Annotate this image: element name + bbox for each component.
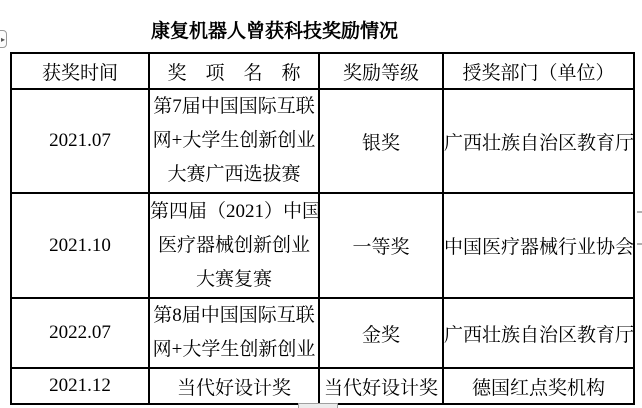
header-award-time: 获奖时间 — [11, 53, 149, 89]
cell-award-department: 广西壮族自治区教育厅 — [443, 89, 634, 193]
cell-award-department: 广西壮族自治区教育厅 — [443, 298, 634, 368]
cell-award-name: 第四届（2021）中国 医疗器械创新创业 大赛复赛 — [149, 193, 319, 298]
table-row: 2021.10 第四届（2021）中国 医疗器械创新创业 大赛复赛 一等奖 中国… — [11, 193, 634, 298]
cell-award-name: 第7届中国国际互联 网+大学生创新创业 大赛广西选拔赛 — [149, 89, 319, 193]
cell-award-name: 第8届中国国际互联 网+大学生创新创业 — [149, 298, 319, 368]
table-row: 2021.07 第7届中国国际互联 网+大学生创新创业 大赛广西选拔赛 银奖 广… — [11, 89, 634, 193]
award-name-line: 大赛复赛 — [150, 263, 318, 297]
cell-award-name: 当代好设计奖 — [149, 368, 319, 404]
table-row: 2022.07 第8届中国国际互联 网+大学生创新创业 金奖 广西壮族自治区教育… — [11, 298, 634, 368]
header-award-name: 奖 项 名 称 — [149, 53, 319, 89]
document-page: 康复机器人曾获科技奖励情况 获奖时间 奖 项 名 称 奖励等级 授奖部门（单位）… — [0, 0, 642, 408]
document-title: 康复机器人曾获科技奖励情况 — [151, 16, 398, 43]
cell-award-time: 2021.12 — [11, 368, 149, 404]
cell-award-department: 德国红点奖机构 — [443, 368, 634, 404]
cell-award-time: 2022.07 — [11, 298, 149, 368]
cell-award-time: 2021.07 — [11, 89, 149, 193]
right-edge-tick-icon — [637, 211, 642, 213]
awards-table: 获奖时间 奖 项 名 称 奖励等级 授奖部门（单位） 2021.07 第7届中国… — [10, 52, 635, 405]
cell-award-time: 2021.10 — [11, 193, 149, 298]
award-name-line: 第四届（2021）中国 — [150, 195, 318, 229]
table-header-row: 获奖时间 奖 项 名 称 奖励等级 授奖部门（单位） — [11, 53, 634, 89]
award-name-line: 网+大学生创新创业 — [150, 124, 318, 158]
cell-award-level: 当代好设计奖 — [319, 368, 443, 404]
horizontal-scrollbar-fragment[interactable] — [298, 403, 338, 408]
award-name-line: 网+大学生创新创业 — [150, 333, 318, 367]
header-award-level: 奖励等级 — [319, 53, 443, 89]
right-edge-tick-icon — [637, 243, 642, 245]
table-move-handle[interactable]: ▸ — [0, 30, 7, 48]
header-award-department: 授奖部门（单位） — [443, 53, 634, 89]
cell-award-department: 中国医疗器械行业协会 — [443, 193, 634, 298]
cell-award-level: 一等奖 — [319, 193, 443, 298]
table-row: 2021.12 当代好设计奖 当代好设计奖 德国红点奖机构 — [11, 368, 634, 404]
award-name-line: 第8届中国国际互联 — [150, 299, 318, 333]
move-handle-arrow-icon: ▸ — [1, 35, 5, 44]
award-name-line: 医疗器械创新创业 — [150, 229, 318, 263]
cell-award-level: 金奖 — [319, 298, 443, 368]
award-name-line: 大赛广西选拔赛 — [150, 158, 318, 192]
award-name-line: 第7届中国国际互联 — [150, 90, 318, 124]
cell-award-level: 银奖 — [319, 89, 443, 193]
